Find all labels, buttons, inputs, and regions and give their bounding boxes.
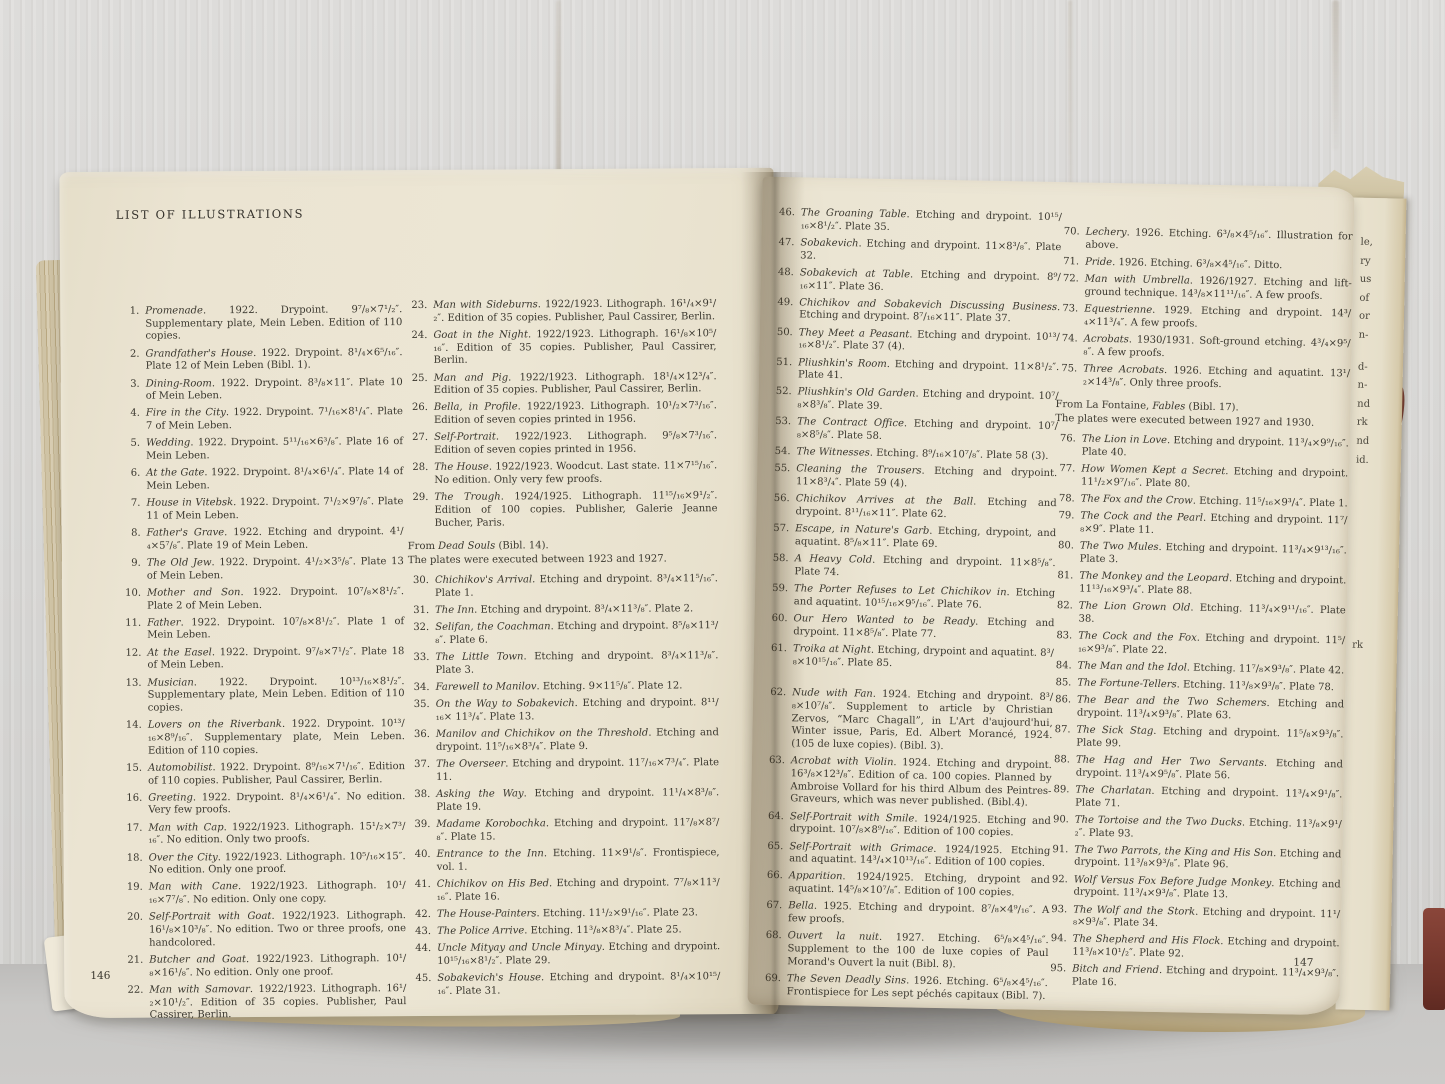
- next-page-text-fragment-lower: rk: [1352, 640, 1363, 651]
- catalog-entry: 21.Butcher and Goat. 1922/1923. Lithogra…: [122, 953, 406, 980]
- catalog-entry: 26.Bella, in Profile. 1922/1923. Lithogr…: [407, 401, 717, 428]
- entry-number: 51.: [771, 356, 792, 369]
- catalog-entry: 43.The Police Arrive. Etching. 11³/₈×8³/…: [410, 924, 720, 939]
- entry-number: 76.: [1055, 433, 1076, 446]
- entry-number: 81.: [1052, 570, 1073, 583]
- entry-details: . Etching. 8⁹/₁₆×10⁷/₈″. Plate 58 (3).: [870, 448, 1049, 462]
- entry-number: 19.: [122, 882, 143, 895]
- entry-title: Wedding: [146, 438, 190, 449]
- catalog-entry: 4.Fire in the City. 1922. Drypoint. 7¹/₁…: [119, 407, 403, 434]
- entry-title: Our Hero Wanted to be Ready: [793, 613, 975, 627]
- entry-title: Sobakevich's House: [437, 972, 541, 984]
- catalog-entry: 1.Promenade. 1922. Drypoint. 9⁷/₈×7¹/₂″.…: [118, 304, 402, 344]
- entry-number: 57.: [768, 523, 789, 536]
- catalog-entry: 80.The Two Mules. Etching and drypoint. …: [1053, 540, 1347, 571]
- entry-number: 80.: [1053, 540, 1074, 553]
- catalog-entry: 51.Pliushkin's Room. Etching and drypoin…: [771, 356, 1059, 387]
- edge-fragment: n-: [1357, 377, 1370, 396]
- entry-title: Lovers on the Riverbank: [148, 719, 282, 731]
- entry-number: 8.: [120, 528, 141, 541]
- catalog-entry: 29.The Trough. 1924/1925. Lithograph. 11…: [407, 490, 717, 530]
- edge-fragment: ry: [1360, 252, 1373, 271]
- entry-number: 45.: [410, 973, 431, 986]
- entry-number: 68.: [761, 930, 782, 943]
- entry-number: 82.: [1052, 600, 1073, 613]
- entry-title: On the Way to Sobakevich: [436, 698, 575, 710]
- entry-details: . Etching. 9×11⁵/₈″. Plate 12.: [536, 681, 682, 693]
- entry-number: 28.: [407, 462, 428, 475]
- entry-details: . Etching. 11⁷/₈×9³/₈″. Plate 42.: [1187, 662, 1345, 676]
- entry-title: The Two Mules: [1080, 541, 1159, 553]
- entry-title: Lechery: [1086, 227, 1127, 239]
- page-number-left: 146: [90, 970, 110, 982]
- catalog-entry: 30.Chichikov's Arrival. Etching and dryp…: [408, 573, 718, 600]
- entry-number: 46.: [774, 207, 795, 220]
- catalog-entry: 56.Chichikov Arrives at the Ball. Etchin…: [768, 493, 1056, 524]
- entry-title: The Lion in Love: [1082, 434, 1167, 447]
- entry-title: Nude with Fan: [792, 688, 873, 700]
- entry-title: Escape, in Nature's Garb: [795, 524, 929, 537]
- entry-title: Madame Korobochka: [436, 818, 546, 830]
- entry-number: 18.: [122, 852, 143, 865]
- entry-title: Man with Samovar: [149, 984, 250, 996]
- catalog-entry: 79.The Cock and the Pearl. Etching and d…: [1053, 510, 1347, 541]
- entry-number: 1.: [118, 306, 139, 319]
- catalog-entry: 39.Madame Korobochka. Etching and drypoi…: [409, 817, 719, 844]
- edge-fragment: rk: [1357, 414, 1370, 433]
- catalog-entry: 44.Uncle Mityay and Uncle Minyay. Etchin…: [410, 941, 720, 968]
- entry-title: Bella, in Profile: [434, 402, 518, 414]
- entry-number: 59.: [767, 583, 788, 596]
- entry-number: 90.: [1048, 814, 1069, 827]
- catalog-entry: 92.Wolf Versus Fox Before Judge Monkey. …: [1046, 874, 1340, 905]
- catalog-entry: 88.The Hag and Her Two Servants. Etching…: [1049, 754, 1343, 785]
- page-number-right: 147: [1293, 957, 1313, 969]
- catalog-entry: 49.Chichikov and Sobakevich Discussing B…: [772, 297, 1060, 328]
- catalog-entry: 54.The Witnesses. Etching. 8⁹/₁₆×10⁷/₈″.…: [769, 446, 1057, 464]
- catalog-entry: 20.Self-Portrait with Goat. 1922/1923. L…: [122, 910, 406, 950]
- entry-title: Man with Sideburns: [433, 299, 538, 311]
- entry-number: 58.: [768, 553, 789, 566]
- entry-number: 32.: [408, 622, 429, 635]
- catalog-entry: 53.The Contract Office. Etching and dryp…: [770, 416, 1058, 447]
- entry-title: The Fortune-Tellers: [1077, 677, 1176, 690]
- edge-fragment: or: [1359, 308, 1372, 327]
- entry-title: Equestrienne: [1084, 304, 1152, 316]
- entry-title: Selifan, the Coachman: [435, 622, 550, 634]
- catalog-entry: 78.The Fox and the Crow. Etching. 11⁵/₁₆…: [1054, 493, 1348, 511]
- catalog-entry: 34.Farewell to Manilov. Etching. 9×11⁵/₈…: [409, 680, 719, 695]
- catalog-entry: 72.Man with Umbrella. 1926/1927. Etching…: [1057, 273, 1351, 304]
- catalog-entry: 45.Sobakevich's House. Etching and drypo…: [410, 971, 720, 998]
- catalog-entry: 40.Entrance to the Inn. Etching. 11×9¹/₈…: [410, 847, 720, 874]
- right-column-2: 70.Lechery. 1926. Etching. 6³/₈×4⁵/₁₆″. …: [1045, 226, 1353, 999]
- entry-number: 26.: [407, 402, 428, 415]
- entry-title: Pride: [1085, 256, 1112, 267]
- catalog-entry: 69.The Seven Deadly Sins. 1926. Etching.…: [760, 973, 1048, 1004]
- entry-title: Three Acrobats: [1083, 363, 1164, 375]
- catalog-entry: 83.The Cock and the Fox. Etching and dry…: [1051, 630, 1345, 661]
- catalog-entry: 27.Self-Portrait. 1922/1923. Lithograph.…: [407, 431, 717, 458]
- entry-number: 33.: [408, 652, 429, 665]
- entry-title: Automobilist: [148, 762, 212, 773]
- entry-number: 11.: [120, 617, 141, 630]
- entry-number: 43.: [410, 926, 431, 939]
- entry-number: 41.: [410, 879, 431, 892]
- entry-details: . Etching. 11³/₈×8³/₄″. Plate 25.: [524, 924, 681, 936]
- entry-number: 87.: [1049, 724, 1070, 737]
- catalog-entry: 24.Goat in the Night. 1922/1923. Lithogr…: [406, 328, 716, 368]
- entry-title: The Trough: [434, 492, 500, 503]
- catalog-entry: 77.How Women Kept a Secret. Etching and …: [1054, 463, 1348, 494]
- catalog-entry: 16.Greeting. 1922. Drypoint. 8¹/₄×6¹/₄″.…: [121, 791, 405, 818]
- entry-details: . Etching and drypoint. 8³/₄×11³/₈″. Pla…: [474, 603, 693, 615]
- entry-number: 48.: [773, 267, 794, 280]
- entry-number: 78.: [1054, 493, 1075, 506]
- entry-number: 14.: [121, 720, 142, 733]
- entry-number: 12.: [120, 647, 141, 660]
- entry-number: 74.: [1057, 333, 1078, 346]
- section-note: The plates were executed between 1923 an…: [408, 552, 718, 567]
- entry-number: 30.: [408, 575, 429, 588]
- catalog-entry: 47.Sobakevich. Etching and drypoint. 11×…: [773, 237, 1061, 268]
- book-photo: le,ryusoforn-d-n-ndrkndid. rk LIST OF IL…: [0, 0, 1445, 1084]
- entry-number: 65.: [762, 840, 783, 853]
- entry-number: 92.: [1047, 874, 1068, 887]
- catalog-entry: 65.Self-Portrait with Grimace. 1924/1925…: [762, 840, 1050, 871]
- entry-title: The Old Jew: [147, 557, 212, 568]
- edge-fragment: d-: [1358, 358, 1371, 377]
- entry-title: The Sick Stag: [1076, 725, 1153, 737]
- entry-number: 22.: [122, 985, 143, 998]
- entry-title: Ouvert la nuit: [788, 930, 879, 943]
- entry-title: The Charlatan: [1075, 784, 1151, 796]
- left-column-2: 23.Man with Sideburns. 1922/1923. Lithog…: [406, 298, 720, 1003]
- entry-number: 66.: [762, 870, 783, 883]
- edge-fragment: nd: [1357, 395, 1370, 414]
- entry-title: Man with Cap: [148, 822, 223, 833]
- entry-number: 4.: [119, 408, 140, 421]
- catalog-entry: 17.Man with Cap. 1922/1923. Lithograph. …: [121, 821, 405, 848]
- entry-number: 52.: [771, 386, 792, 399]
- entry-number: 13.: [121, 677, 142, 690]
- section-heading: From Dead Souls (Bibl. 14).The plates we…: [408, 538, 718, 567]
- section-heading: From La Fontaine, Fables (Bibl. 17).The …: [1055, 398, 1349, 430]
- catalog-entry: 42.The House-Painters. Etching. 11¹/₂×9¹…: [410, 907, 720, 922]
- right-page: 46.The Groaning Table. Etching and drypo…: [747, 177, 1354, 1016]
- catalog-entry: 67.Bella. 1925. Etching and drypoint. 8⁷…: [761, 900, 1049, 931]
- entry-title: The Wolf and the Stork: [1073, 904, 1195, 917]
- catalog-entry: 57.Escape, in Nature's Garb. Etching, dr…: [768, 523, 1056, 554]
- entry-title: The Tortoise and the Two Ducks: [1075, 814, 1242, 828]
- catalog-entry: 48.Sobakevich at Table. Etching and dryp…: [773, 267, 1061, 298]
- entry-title: The Police Arrive: [437, 925, 524, 937]
- catalog-entry: 19.Man with Cane. 1922/1923. Lithograph.…: [122, 881, 406, 908]
- entry-number: 63.: [764, 755, 785, 768]
- catalog-entry: 52.Pliushkin's Old Garden. Etching and d…: [770, 386, 1058, 417]
- entry-number: 62.: [765, 687, 786, 700]
- entry-number: 42.: [410, 909, 431, 922]
- entry-number: 67.: [761, 900, 782, 913]
- entry-title: Self-Portrait with Smile: [790, 811, 915, 824]
- catalog-entry: 37.The Overseer. Etching and drypoint. 1…: [409, 757, 719, 784]
- catalog-entry: 2.Grandfather's House. 1922. Drypoint. 8…: [119, 347, 403, 374]
- entry-number: 6.: [119, 468, 140, 481]
- catalog-entry: 31.The Inn. Etching and drypoint. 8³/₄×1…: [408, 603, 718, 618]
- entry-number: 40.: [410, 849, 431, 862]
- catalog-entry: 5.Wedding. 1922. Drypoint. 5¹¹/₁₆×6³/₈″.…: [119, 436, 403, 463]
- entry-title: Chichikov Arrives at the Ball: [796, 494, 974, 508]
- entry-number: 69.: [760, 973, 781, 986]
- entry-title: Mother and Son: [147, 587, 241, 599]
- entry-number: 49.: [772, 297, 793, 310]
- entry-number: 7.: [119, 498, 140, 511]
- next-page-text-fragments: le,ryusoforn-d-n-ndrkndid.: [1356, 234, 1374, 470]
- catalog-entry: 58.A Heavy Cold. Etching and drypoint. 1…: [767, 553, 1055, 584]
- entry-title: The Overseer: [436, 759, 505, 770]
- entry-number: 34.: [409, 682, 430, 695]
- catalog-entry: 7.House in Vitebsk. 1922. Drypoint. 7¹/₂…: [119, 496, 403, 523]
- entry-title: The Cock and the Fox: [1078, 630, 1197, 643]
- catalog-entry: 76.The Lion in Love. Etching and drypoin…: [1055, 433, 1349, 464]
- entry-title: Farewell to Manilov: [436, 681, 537, 693]
- entry-title: The Groaning Table: [801, 207, 907, 220]
- entry-title: Father: [147, 617, 180, 628]
- entry-details: . Etching. 11³/₈×9³/₈″. Plate 78.: [1177, 679, 1335, 693]
- catalog-entry: 10.Mother and Son. 1922. Drypoint. 10⁷/₈…: [120, 586, 404, 613]
- entry-number: 31.: [408, 605, 429, 618]
- catalog-entry: 70.Lechery. 1926. Etching. 6³/₈×4⁵/₁₆″. …: [1058, 226, 1352, 257]
- catalog-entry: 33.The Little Town. Etching and drypoint…: [408, 650, 718, 677]
- catalog-entry: 64.Self-Portrait with Smile. 1924/1925. …: [763, 810, 1051, 841]
- entry-title: They Meet a Peasant: [799, 327, 910, 340]
- catalog-entry: 35.On the Way to Sobakevich. Etching and…: [409, 698, 719, 725]
- entry-number: 93.: [1046, 903, 1067, 916]
- entry-title: Apparition: [789, 871, 843, 883]
- entry-title: Asking the Way: [436, 788, 523, 800]
- catalog-entry: 25.Man and Pig. 1922/1923. Lithograph. 1…: [407, 371, 717, 398]
- entry-title: Sobakevich: [800, 237, 858, 249]
- edge-fragment: rk: [1352, 640, 1363, 651]
- catalog-entry: 12.At the Easel. 1922. Drypoint. 9⁷/₈×7¹…: [120, 646, 404, 673]
- entry-details: . Etching. 11¹/₂×9¹/₁₆″. Plate 23.: [536, 907, 697, 919]
- entry-title: The House-Painters: [437, 908, 537, 920]
- entry-title: Chichikov on His Bed: [437, 878, 549, 890]
- catalog-entry: 66.Apparition. 1924/1925. Etching, drypo…: [761, 870, 1049, 901]
- entry-number: 29.: [407, 492, 428, 505]
- catalog-entry: 36.Manilov and Chichikov on the Threshol…: [409, 727, 719, 754]
- entry-number: 10.: [120, 588, 141, 601]
- catalog-entry: 18.Over the City. 1922/1923. Lithograph.…: [122, 851, 406, 878]
- catalog-entry: 63.Acrobat with Violin. 1924. Etching an…: [763, 755, 1052, 811]
- catalog-entry: 73.Equestrienne. 1929. Etching and drypo…: [1057, 303, 1351, 334]
- entry-title: Bella: [788, 901, 814, 912]
- catalog-entry: 71.Pride. 1926. Etching. 6³/₈×4⁵/₁₆″. Di…: [1058, 256, 1352, 274]
- catalog-entry: 89.The Charlatan. Etching and drypoint. …: [1048, 784, 1342, 815]
- catalog-entry: 86.The Bear and the Two Schemers. Etchin…: [1050, 694, 1344, 725]
- catalog-entry: 14.Lovers on the Riverbank. 1922. Drypoi…: [121, 718, 405, 758]
- entry-number: 44.: [410, 943, 431, 956]
- entry-title: Man with Umbrella: [1085, 274, 1190, 287]
- entry-title: Acrobat with Violin: [791, 756, 894, 769]
- entry-title: How Women Kept a Secret: [1081, 464, 1225, 478]
- entry-number: 9.: [120, 558, 141, 571]
- entry-number: 91.: [1047, 844, 1068, 857]
- catalog-entry: 85.The Fortune-Tellers. Etching. 11³/₈×9…: [1050, 677, 1344, 695]
- entry-title: Pliushkin's Room: [798, 357, 887, 370]
- edge-fragment: le,: [1360, 234, 1373, 253]
- entry-number: 25.: [407, 372, 428, 385]
- entry-details: . 1925. Etching and drypoint. 8⁷/₈×4⁹/₁₆…: [788, 901, 1049, 925]
- catalog-entry: 55.Cleaning the Trousers. Etching and dr…: [769, 463, 1057, 494]
- edge-fragment: of: [1359, 289, 1372, 308]
- entry-number: 53.: [770, 416, 791, 429]
- entry-title: Man with Cane: [149, 882, 238, 894]
- entry-number: 72.: [1058, 273, 1079, 286]
- catalog-entry: 75.Three Acrobats. 1926. Etching and aqu…: [1056, 363, 1350, 394]
- catalog-entry: 90.The Tortoise and the Two Ducks. Etchi…: [1048, 814, 1342, 845]
- entry-title: Troika at Night: [793, 643, 871, 655]
- entry-title: The Inn: [435, 605, 474, 616]
- catalog-entry: 23.Man with Sideburns. 1922/1923. Lithog…: [406, 298, 716, 325]
- entry-number: 79.: [1053, 510, 1074, 523]
- entry-title: At the Easel: [147, 647, 212, 658]
- entry-details: . Etching. 11⁵/₁₆×9³/₄″. Plate 1.: [1193, 496, 1348, 510]
- entry-title: Uncle Mityay and Uncle Minyay: [437, 942, 602, 954]
- catalog-entry: 81.The Monkey and the Leopard. Etching a…: [1052, 570, 1346, 601]
- entry-title: Goat in the Night: [433, 329, 528, 341]
- entry-number: 17.: [121, 822, 142, 835]
- catalog-entry: 15.Automobilist. 1922. Drypoint. 8⁹/₁₆×7…: [121, 761, 405, 788]
- entry-title: The Man and the Idol: [1078, 660, 1187, 673]
- right-column-1: 46.The Groaning Table. Etching and drypo…: [760, 207, 1063, 1008]
- entry-title: Self-Portrait: [434, 432, 496, 443]
- edge-fragment: us: [1360, 271, 1373, 290]
- catalog-entry: 38.Asking the Way. Etching and drypoint.…: [409, 787, 719, 814]
- entry-number: 54.: [769, 446, 790, 459]
- entry-number: 2.: [119, 348, 140, 361]
- entry-number: 84.: [1051, 660, 1072, 673]
- entry-number: 77.: [1054, 463, 1075, 476]
- entry-number: 88.: [1049, 754, 1070, 767]
- entry-title: Pliushkin's Old Garden: [798, 387, 916, 400]
- catalog-entry: 8.Father's Grave. 1922. Etching and dryp…: [120, 526, 404, 553]
- catalog-entry: 93.The Wolf and the Stork. Etching and d…: [1046, 903, 1340, 934]
- entry-title: Promenade: [145, 305, 203, 316]
- edge-fragment: n-: [1358, 327, 1371, 346]
- entry-number: 94.: [1046, 933, 1067, 946]
- entry-number: 61.: [766, 643, 787, 656]
- entry-title: Entrance to the Inn: [437, 848, 544, 860]
- catalog-entry: 3.Dining-Room. 1922. Drypoint. 8³/₈×11″.…: [119, 377, 403, 404]
- entry-title: Sobakevich at Table: [800, 267, 910, 280]
- catalog-entry: 6.At the Gate. 1922. Drypoint. 8¹/₄×6¹/₄…: [119, 466, 403, 493]
- catalog-entry: 32.Selifan, the Coachman. Etching and dr…: [408, 621, 718, 648]
- catalog-entry: 84.The Man and the Idol. Etching. 11⁷/₈×…: [1051, 660, 1345, 678]
- entry-number: 86.: [1050, 694, 1071, 707]
- entry-title: The House: [434, 462, 489, 473]
- left-page: LIST OF ILLUSTRATIONS 1.Promenade. 1922.…: [59, 168, 778, 1018]
- page-header: LIST OF ILLUSTRATIONS: [116, 207, 305, 222]
- catalog-entry: 22.Man with Samovar. 1922/1923. Lithogra…: [122, 983, 406, 1023]
- entry-number: 75.: [1056, 363, 1077, 376]
- entry-number: 89.: [1048, 784, 1069, 797]
- entry-number: 27.: [407, 432, 428, 445]
- entry-title: The Lion Grown Old: [1079, 600, 1191, 613]
- entry-title: House in Vitebsk: [146, 497, 233, 509]
- entry-number: 38.: [409, 789, 430, 802]
- entry-number: 70.: [1059, 226, 1080, 239]
- entry-number: 20.: [122, 912, 143, 925]
- entry-title: A Heavy Cold: [795, 553, 873, 565]
- entry-number: 5.: [119, 438, 140, 451]
- entry-title: The Little Town: [435, 652, 523, 664]
- catalog-entry: 91.The Two Parrots, the King and His Son…: [1047, 844, 1341, 875]
- entry-details: . 1922. Drypoint. 10⁷/₈×8¹/₂″. Plate 1 o…: [147, 616, 404, 641]
- entry-number: 50.: [772, 326, 793, 339]
- entry-number: 83.: [1051, 630, 1072, 643]
- catalog-entry: 61.Troika at Night. Etching, drypoint an…: [766, 643, 1054, 674]
- entry-title: Cleaning the Trousers: [796, 464, 921, 477]
- entry-title: Self-Portrait with Goat: [149, 911, 272, 923]
- entry-number: 64.: [763, 810, 784, 823]
- entry-title: The Monkey and the Leopard: [1079, 571, 1229, 585]
- wall-streak: [1332, 0, 1339, 150]
- entry-number: 36.: [409, 729, 430, 742]
- entry-number: 73.: [1057, 303, 1078, 316]
- catalog-entry: 50.They Meet a Peasant. Etching and dryp…: [771, 326, 1059, 357]
- entry-title: The Shepherd and His Flock: [1073, 934, 1221, 948]
- entry-title: At the Gate: [146, 468, 204, 479]
- entry-title: Over the City: [149, 852, 218, 863]
- edge-fragment: id.: [1356, 451, 1369, 470]
- entry-title: Manilov and Chichikov on the Threshold: [436, 728, 649, 740]
- entry-title: Butcher and Goat: [149, 954, 246, 966]
- entry-title: Chichikov's Arrival: [435, 575, 532, 587]
- entry-title: Greeting: [148, 792, 193, 803]
- entry-title: Grandfather's House: [145, 348, 253, 360]
- catalog-entry: 41.Chichikov on His Bed. Etching and dry…: [410, 877, 720, 904]
- entry-number: 16.: [121, 792, 142, 805]
- entry-number: 95.: [1045, 963, 1066, 976]
- entry-title: The Cock and the Pearl: [1080, 511, 1203, 524]
- catalog-entry: 68.Ouvert la nuit. 1927. Etching. 6⁵/₈×4…: [760, 930, 1049, 973]
- catalog-entry: 46.The Groaning Table. Etching and drypo…: [774, 207, 1062, 238]
- entry-number: 47.: [773, 237, 794, 250]
- book-cover-edge: [1423, 908, 1445, 1010]
- entry-number: 15.: [121, 762, 142, 775]
- entry-number: 24.: [406, 330, 427, 343]
- entry-number: 35.: [409, 699, 430, 712]
- edge-fragment: nd: [1356, 433, 1369, 452]
- entry-title: The Contract Office: [797, 417, 904, 430]
- entry-title: Man and Pig: [434, 372, 508, 383]
- catalog-entry: 13.Musician. 1922. Drypoint. 10¹³/₁₆×8¹/…: [121, 676, 405, 716]
- entry-number: 71.: [1058, 256, 1079, 269]
- entry-number: 85.: [1050, 677, 1071, 690]
- entry-number: 23.: [406, 300, 427, 313]
- entry-title: The Fox and the Crow: [1081, 494, 1193, 507]
- entry-title: Fire in the City: [146, 408, 226, 419]
- catalog-entry: 74.Acrobats. 1930/1931. Soft-ground etch…: [1056, 333, 1350, 364]
- entry-title: Self-Portrait with Grimace: [789, 841, 933, 855]
- entry-title: Dining-Room: [146, 378, 212, 389]
- entry-number: 39.: [409, 819, 430, 832]
- entry-title: The Witnesses: [796, 447, 869, 459]
- entry-number: 60.: [766, 613, 787, 626]
- entry-title: Father's Grave: [147, 527, 225, 538]
- catalog-entry: 82.The Lion Grown Old. Etching. 11³/₄×9¹…: [1051, 600, 1345, 631]
